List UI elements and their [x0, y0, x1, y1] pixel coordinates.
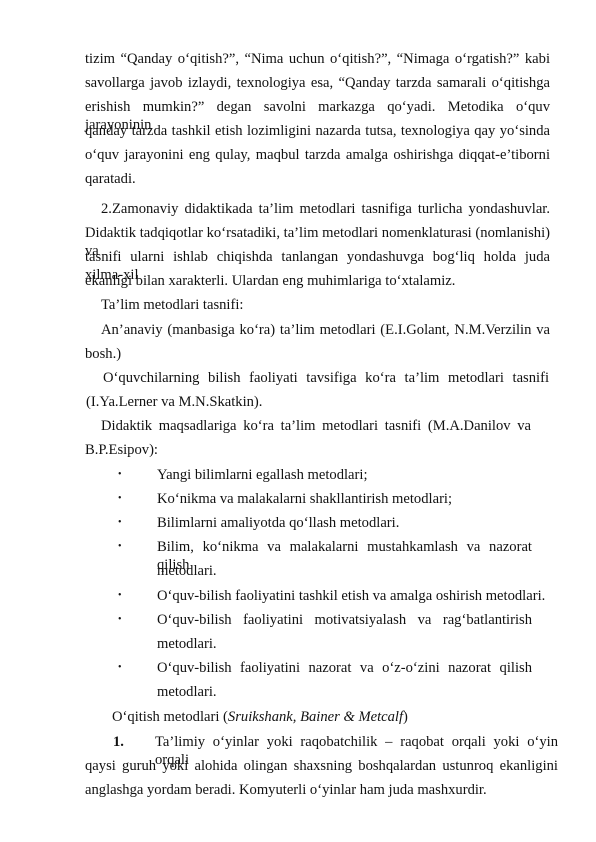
heading-prefix: O‘qitish metodlari ( [112, 709, 228, 725]
text-line: Didaktik maqsadlariga ko‘ra ta’lim metod… [101, 417, 531, 435]
classification-heading: Ta’lim metodlari tasnifi: [101, 296, 243, 314]
text-line: O‘quvchilarning bilish faoliyati tavsifi… [103, 369, 549, 387]
text-line: ekanligi bilan xarakterli. Ulardan eng m… [85, 272, 455, 290]
bullet-icon: • [118, 538, 122, 556]
text-line: bosh.) [85, 345, 121, 363]
list-item-text: Ko‘nikma va malakalarni shakllantirish m… [157, 490, 452, 508]
list-item-text: O‘quv-bilish faoliyatini nazorat va o‘z-… [157, 659, 532, 677]
bullet-icon: • [118, 466, 122, 484]
text-line: 2.Zamonaviy didaktikada ta’lim metodlari… [101, 200, 550, 218]
text-line: qaysi guruh yoki alohida olingan shaxsni… [85, 757, 558, 775]
text-line: qaratadi. [85, 170, 136, 188]
list-item-text: O‘quv-bilish faoliyatini tashkil etish v… [157, 587, 545, 605]
item-number: 1. [113, 733, 124, 751]
text-line: qanday tarzda tashkil etish lozimligini … [85, 122, 550, 140]
list-item-text: Yangi bilimlarni egallash metodlari; [157, 466, 368, 484]
text-line: o‘quv jarayonini eng qulay, maqbul tarzd… [85, 146, 550, 164]
text-line: anglashga yordam beradi. Komyuterli o‘yi… [85, 781, 487, 799]
teaching-methods-heading: O‘qitish metodlari (Sruikshank, Bainer &… [112, 708, 408, 726]
list-item-text: metodlari. [157, 683, 217, 701]
text-line: (I.Ya.Lerner va M.N.Skatkin). [86, 393, 262, 411]
list-item-text: metodlari. [157, 562, 217, 580]
bullet-icon: • [118, 514, 122, 532]
list-item-text: metodlari. [157, 635, 217, 653]
list-item-text: Bilimlarni amaliyotda qo‘llash metodlari… [157, 514, 399, 532]
bullet-icon: • [118, 659, 122, 677]
text-line: tizim “Qanday o‘qitish?”, “Nima uchun o‘… [85, 50, 550, 68]
heading-authors: Sruikshank, Bainer & Metcalf [228, 709, 403, 725]
bullet-icon: • [118, 587, 122, 605]
heading-suffix: ) [403, 709, 408, 725]
bullet-icon: • [118, 611, 122, 629]
bullet-icon: • [118, 490, 122, 508]
text-line: B.P.Esipov): [85, 441, 158, 459]
document-page: tizim “Qanday o‘qitish?”, “Nima uchun o‘… [0, 0, 596, 842]
list-item-text: O‘quv-bilish faoliyatini motivatsiyalash… [157, 611, 532, 629]
text-line: savollarga javob izlaydi, texnologiya es… [85, 74, 550, 92]
text-line: An’anaviy (manbasiga ko‘ra) ta’lim metod… [101, 321, 550, 339]
